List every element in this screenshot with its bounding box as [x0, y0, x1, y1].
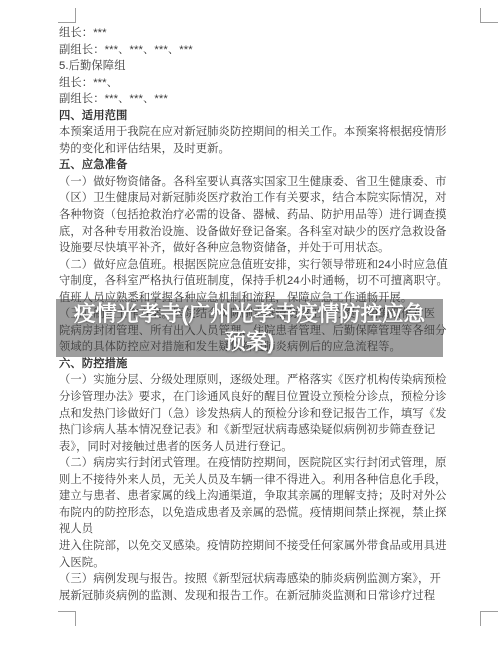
document-line: 四、适用范围	[59, 108, 469, 125]
document-line: 展新冠肺炎病例的监测、发现和报告工作。在新冠肺炎监测和日常诊疗过程	[59, 588, 469, 605]
document-line: 各种物资（包括抢救治疗必需的设备、器械、药品、防护用品等）进行调查摸	[59, 207, 469, 224]
document-line: 设施要尽快填平补齐，做好各种应急物资储备，并处于可用状态。	[59, 240, 469, 257]
document-line: 视人员	[59, 521, 469, 538]
crop-mark-bottom-right	[480, 611, 498, 626]
document-line: 5.后勤保障组	[59, 58, 469, 75]
document-line: 进入住院部，以免交叉感染。疫情防控期间不接受任何家属外带食品或用具进	[59, 538, 469, 555]
document-line: （一）实施分层、分级处理原则，逐级处理。严格落实《医疗机构传染病预检	[59, 372, 469, 389]
document-line: 分诊管理办法》要求，在门诊通风良好的醒目位置设立预检分诊点，预检分诊	[59, 389, 469, 406]
document-line: 热门诊病人基本情况登记表》和《新型冠状病毒感染疑似病例初步筛查登记	[59, 422, 469, 439]
document-line: （一）做好物资储备。各科室要认真落实国家卫生健康委、省卫生健康委、市	[59, 174, 469, 191]
document-line: 副组长：***、***、***	[59, 91, 469, 108]
document-line: 表》，同时对接触过患者的医务人员进行登记。	[59, 439, 469, 456]
document-line: 本预案适用于我院在应对新冠肺炎防控期间的相关工作。本预案将根据疫情形	[59, 124, 469, 141]
document-line: （区）卫生健康局对新冠肺炎医疗救治工作有关要求，结合本院实际情况，对	[59, 190, 469, 207]
watermark-title-line-2: 预案)	[50, 328, 449, 356]
crop-mark-top-right	[480, 8, 498, 23]
document-line: 五、应急准备	[59, 157, 469, 174]
document-line: 底，对各种专用救治设施、设备做好登记备案。各科室对缺少的医疗急救设备	[59, 224, 469, 241]
crop-mark-bottom-left	[58, 611, 76, 626]
document-line: 副组长：***、***、***、***	[59, 42, 469, 59]
watermark-title: 疫情光孝寺(广州光孝寺疫情防控应急 预案)	[50, 299, 449, 356]
document-line: 布院内的防控形态，以免造成患者及亲属的恐慌。疫情期间禁止探视，禁止探	[59, 505, 469, 522]
crop-mark-top-left	[58, 8, 76, 23]
document-line: 组长：***	[59, 25, 469, 42]
document-line: 点和发热门诊做好门（急）诊发热病人的预检分诊和登记报告工作，填写《发	[59, 406, 469, 423]
document-line: 入医院。	[59, 555, 469, 572]
document-line: （二）病房实行封闭式管理。在疫情防控期间，医院院区实行封闭式管理，原	[59, 455, 469, 472]
document-line: 则上不接待外来人员，无关人员及车辆一律不得进入。利用各种信息化手段，	[59, 472, 469, 489]
document-line: 建立与患者、患者家属的线上沟通渠道，争取其亲属的理解支持；及时对外公	[59, 488, 469, 505]
document-line: 势的变化和评估结果，及时更新。	[59, 141, 469, 158]
document-line: （三）病例发现与报告。按照《新型冠状病毒感染的肺炎病例监测方案》，开	[59, 571, 469, 588]
document-line: （二）做好应急值班。根据医院应急值班安排，实行领导带班和24小时应急值	[59, 257, 469, 274]
document-line: 守制度，各科室严格执行值班制度，保持手机24小时通畅，切不可擅离职守。	[59, 273, 469, 290]
document-line: 组长：***、	[59, 75, 469, 92]
watermark-title-line-1: 疫情光孝寺(广州光孝寺疫情防控应急	[50, 300, 449, 328]
document-line: 六、防控措施	[59, 356, 469, 373]
